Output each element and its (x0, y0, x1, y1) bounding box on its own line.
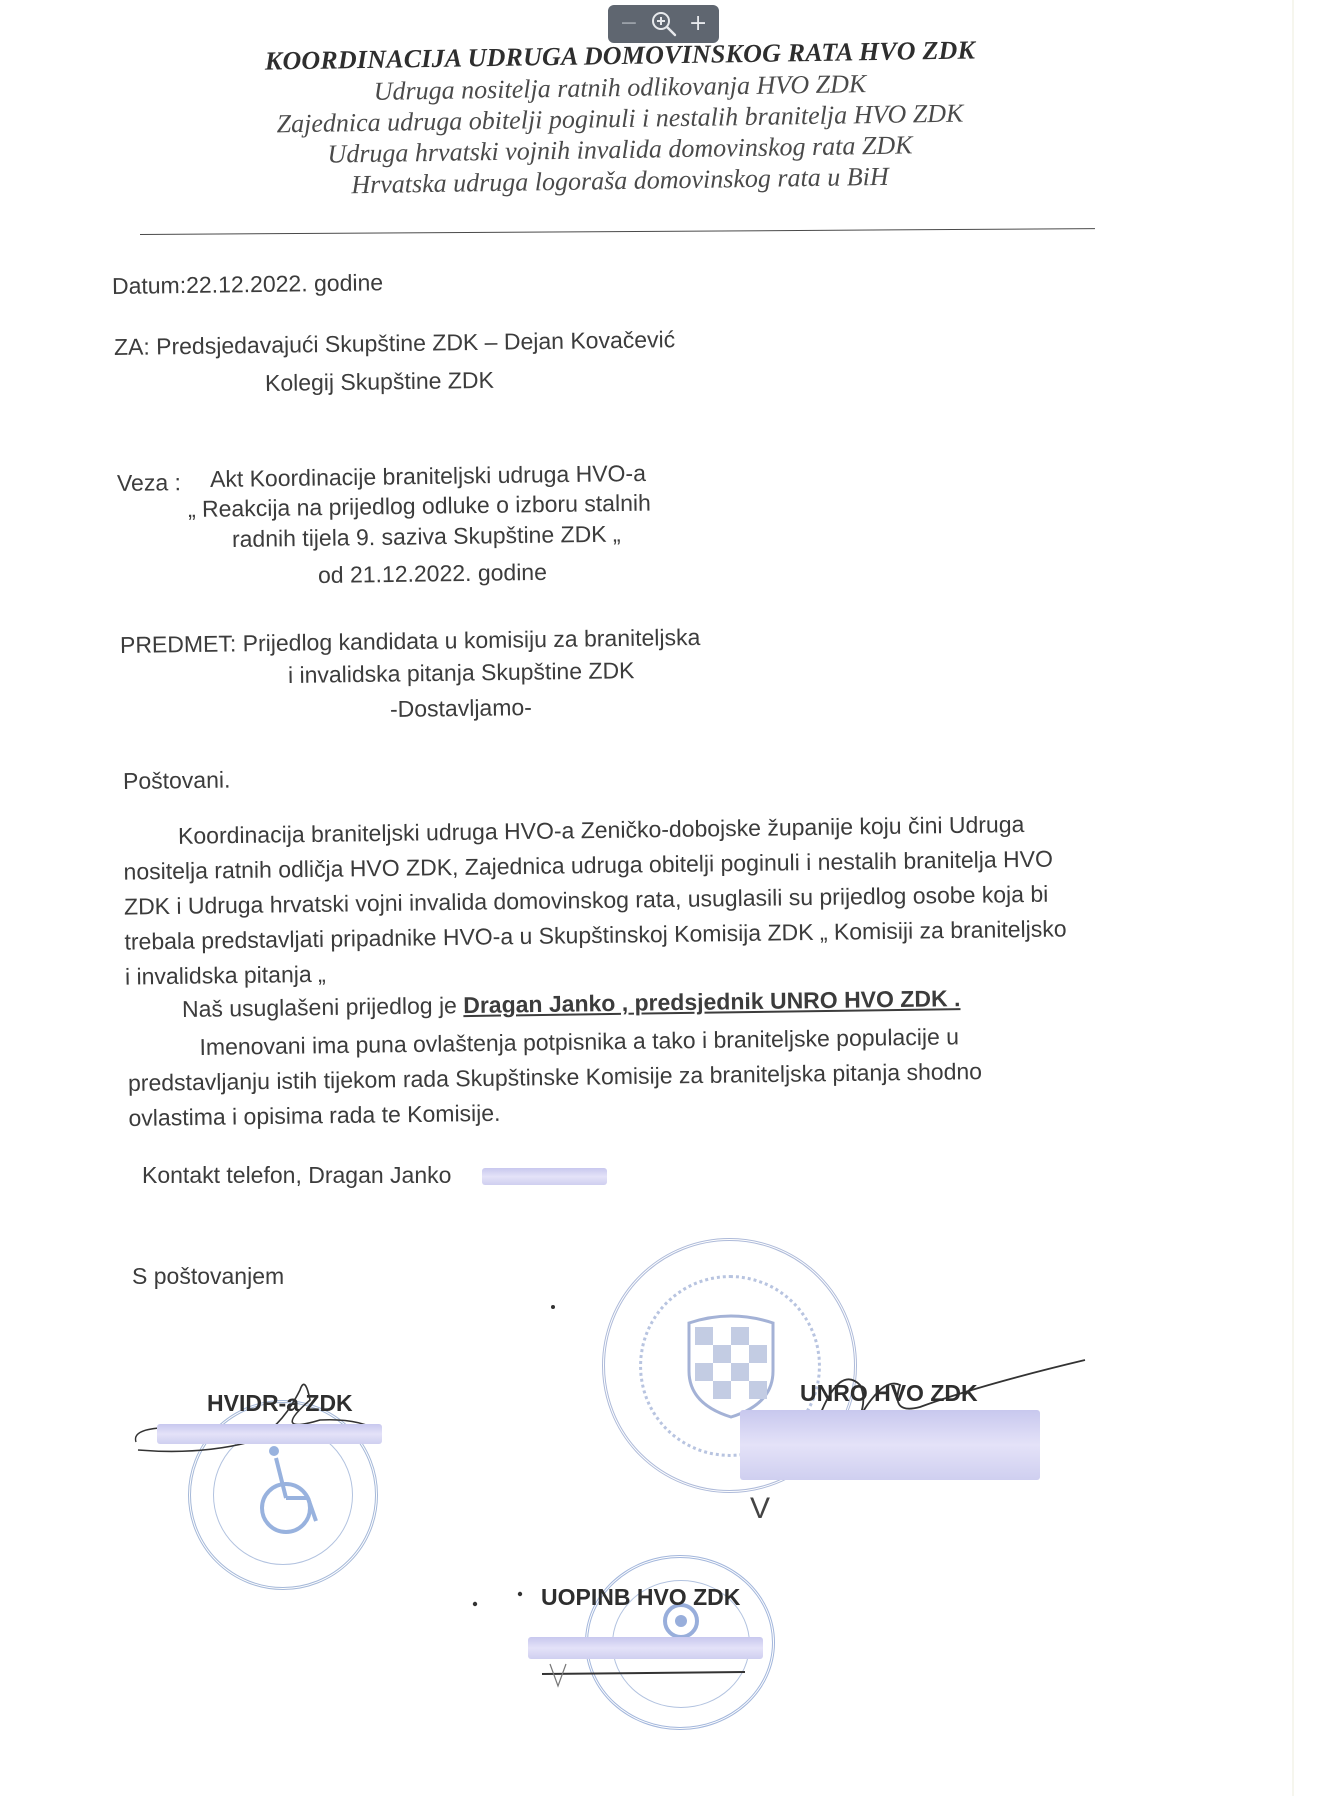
minus-icon: − (620, 11, 638, 36)
uopinb-signature (540, 1660, 750, 1690)
proposal-name: Dragan Janko , predsjednik UNRO HVO ZDK … (463, 985, 960, 1018)
unro-label: UNRO HVO ZDK (800, 1380, 978, 1407)
uopinb-label: UOPINB HVO ZDK (541, 1584, 740, 1611)
letterhead: KOORDINACIJA UDRUGA DOMOVINSKOG RATA HVO… (120, 40, 1120, 196)
hvidr-signature (130, 1370, 390, 1470)
paragraph-1: Koordinacija braniteljski udruga HVO-a Z… (123, 806, 1067, 994)
recipient-line: ZA: Predsjedavajući Skupštine ZDK – Deja… (114, 326, 676, 361)
date-line: Datum:22.12.2022. godine (112, 269, 383, 300)
ink-dots (470, 1590, 530, 1620)
plus-icon: + (689, 11, 707, 36)
redacted-signature (157, 1424, 382, 1444)
predmet-line: i invalidska pitanja Skupštine ZDK (288, 657, 635, 689)
to-label: ZA: (114, 334, 150, 360)
zoom-out-button[interactable]: − (620, 13, 638, 35)
paragraph-2: Imenovani ima puna ovlaštenja potpisnika… (127, 1019, 982, 1136)
veza-line: radnih tijela 9. saziva Skupštine ZDK „ (232, 521, 621, 553)
veza-line: „ Reakcija na prijedlog odluke o izboru … (188, 490, 651, 523)
magnifier-plus-icon (650, 10, 678, 38)
predmet-text: Prijedlog kandidata u komisiju za branit… (242, 624, 700, 656)
zoom-button[interactable] (650, 10, 678, 38)
recipient-line-2: Kolegij Skupštine ZDK (265, 367, 494, 397)
zoom-in-button[interactable]: + (689, 13, 707, 35)
zoom-toolbar: − + (608, 5, 719, 43)
predmet-label: PREDMET: (120, 630, 237, 658)
veza-line: od 21.12.2022. godine (318, 559, 547, 589)
to-recipient: Predsjedavajući Skupštine ZDK – Dejan Ko… (156, 326, 675, 359)
redacted-signature (528, 1637, 763, 1659)
veza-label: Veza : (117, 469, 181, 497)
predmet-dostavljamo: -Dostavljamo- (390, 694, 532, 723)
greeting: Poštovani. (123, 767, 231, 795)
ink-dot (548, 1302, 558, 1312)
redacted-signature (740, 1410, 1040, 1480)
subject-line: PREDMET: Prijedlog kandidata u komisiju … (120, 624, 701, 659)
header-divider (140, 228, 1095, 235)
veza-line: Akt Koordinacije braniteljski udruga HVO… (210, 460, 646, 493)
redacted-phone (482, 1168, 607, 1185)
closing: S poštovanjem (132, 1263, 284, 1290)
contact-line: Kontakt telefon, Dragan Janko (142, 1162, 451, 1189)
proposal-prefix: Naš usuglašeni prijedlog je (182, 992, 464, 1022)
checkerboard-shield-icon (685, 1309, 777, 1419)
page-edge (1292, 0, 1294, 1796)
extra-mark: V (750, 1492, 770, 1526)
